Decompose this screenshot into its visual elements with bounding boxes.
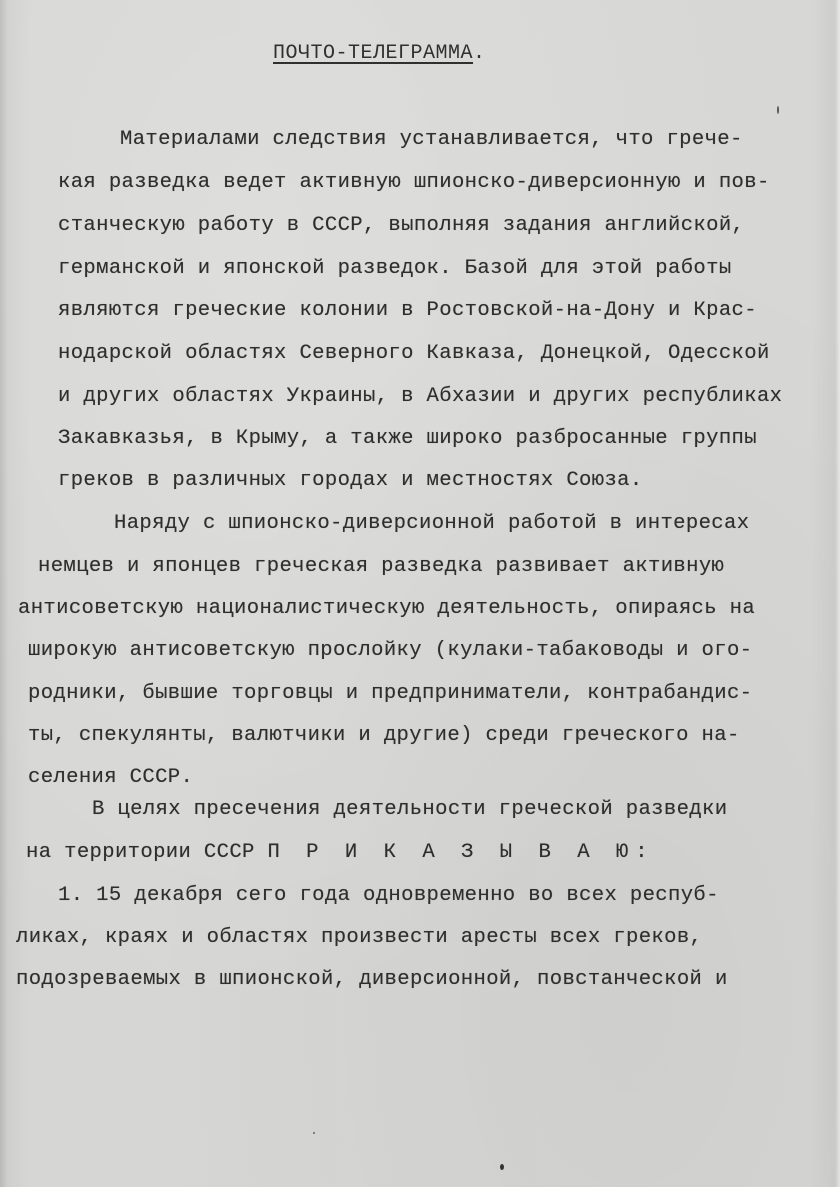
document-title-text: ПОЧТО-ТЕЛЕГРАММА bbox=[273, 42, 473, 65]
scan-speck bbox=[777, 106, 779, 114]
item-1-line-2: ликах, краях и областях произвести арест… bbox=[16, 926, 702, 949]
paragraph-2-line-7: селения СССР. bbox=[28, 766, 193, 789]
paragraph-2-line-5: родники, бывшие торговцы и предпринимате… bbox=[28, 682, 752, 705]
document-title-period: . bbox=[473, 42, 486, 65]
scan-speck bbox=[500, 1164, 504, 1170]
paragraph-1-line-1: Материалами следствия устанавливается, ч… bbox=[120, 128, 743, 151]
paragraph-3-line-1: В целях пресечения деятельности греческо… bbox=[92, 798, 727, 821]
item-1-line-3: подозреваемых в шпионской, диверсионной,… bbox=[16, 968, 728, 991]
document-page: ПОЧТО-ТЕЛЕГРАММА. Материалами следствия … bbox=[0, 0, 840, 1187]
paragraph-1-line-3: станческую работу в СССР, выполняя задан… bbox=[58, 214, 744, 237]
scan-speck bbox=[313, 1132, 315, 1134]
document-title: ПОЧТО-ТЕЛЕГРАММА. bbox=[273, 42, 486, 65]
paragraph-1-line-2: кая разведка ведет активную шпионско-див… bbox=[58, 171, 770, 194]
paragraph-2-line-2: немцев и японцев греческая разведка разв… bbox=[38, 555, 724, 578]
paragraph-1-line-4: германской и японской разведок. Базой дл… bbox=[58, 257, 732, 280]
paragraph-1-line-6: нодарской областях Северного Кавказа, До… bbox=[58, 342, 770, 365]
paragraph-3-line-2: на территории СССР П Р И К А З Ы В А Ю: bbox=[26, 841, 655, 864]
paragraph-1-line-9: греков в различных городах и местностях … bbox=[58, 469, 643, 492]
paragraph-2-line-4: широкую антисоветскую прослойку (кулаки-… bbox=[28, 639, 752, 662]
paragraph-1-line-7: и других областях Украины, в Абхазии и д… bbox=[58, 385, 782, 408]
paragraph-1-line-8: Закавказья, в Крыму, а также широко разб… bbox=[58, 427, 757, 450]
paragraph-3-line-2-text: на территории СССР bbox=[26, 841, 255, 864]
item-1-line-1: 1. 15 декабря сего года одновременно во … bbox=[58, 884, 719, 907]
paragraph-2-line-1: Наряду с шпионско-диверсионной работой в… bbox=[114, 512, 749, 535]
paragraph-1-line-5: являются греческие колонии в Ростовской-… bbox=[58, 299, 757, 322]
paragraph-2-line-6: ты, спекулянты, валютчики и другие) сред… bbox=[28, 724, 740, 747]
paragraph-2-line-3: антисоветскую националистическую деятель… bbox=[18, 597, 755, 620]
order-word: П Р И К А З Ы В А Ю: bbox=[267, 841, 654, 864]
